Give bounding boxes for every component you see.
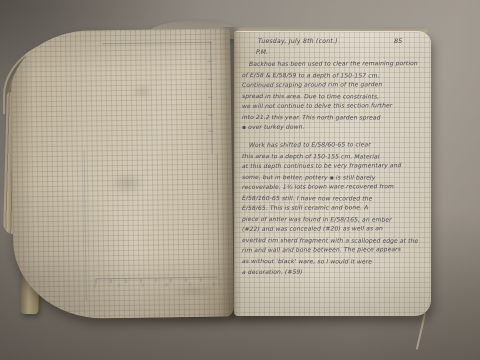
handwriting-line: (#22) and was concealed (#20) as well as… [242,225,426,236]
pencil-scale-line [95,277,217,280]
time-label: P.M. [256,49,268,56]
pencil-smudge [104,168,150,199]
pencil-drawing-top-line [102,42,212,45]
pencil-scale-tick [170,278,171,282]
spine-gutter-shadow [219,27,243,319]
pencil-scale-tick [155,279,156,283]
handwriting-line: Continued scraping around rim of the gar… [242,80,426,91]
handwriting-line: Work has shifted to E/58/60-65 to clear [242,140,426,151]
pencil-scale-tick [95,279,96,283]
left-page: 1 2 3 4 5 6 7 8 [10,28,234,319]
pencil-smudge [164,284,224,299]
right-page: Tuesday, July 8th (cont.) 85 P.M. Backho… [234,31,431,316]
handwritten-paragraph-1: Backhoe has been used to clear the remai… [242,60,426,134]
handwriting-line: rim and wall and bone between. The piece… [242,246,426,257]
pencil-tick [208,131,213,132]
pencil-scale-tick [110,279,111,283]
pencil-scale-tick [125,279,126,283]
handwriting-line: we will not continue to delve this secti… [242,101,426,112]
pencil-drawing-left-line [84,151,87,301]
handwriting-line: Backhoe has been used to clear the remai… [242,59,426,70]
pencil-tick [207,61,212,62]
handwriting-line: E/58/65. This is still ceramic and bone.… [242,204,426,215]
pencil-scale-tick [185,278,186,282]
pencil-scale-tick [200,278,201,282]
pencil-drawing-right-line [210,42,213,154]
handwriting-line: recoverable. 1½ lots brown ware recovere… [242,182,426,193]
pencil-smudge [129,82,157,102]
handwriting-line: a decoration. (#59) [242,267,426,278]
handwritten-paragraph-2: Work has shifted to E/58/60-65 to clear … [242,141,426,278]
handwriting-line: ▪ over turkey down. [242,123,426,134]
date-heading: Tuesday, July 8th (cont.) [258,38,338,45]
pencil-tick [208,115,213,116]
handwriting-line: at this depth continues to be very fragm… [242,161,426,172]
pencil-tick [208,97,213,98]
pencil-tick [208,79,213,80]
page-number: 85 [394,37,402,45]
pencil-scale-tick [140,279,141,283]
notebook-photo: { "scene": { "colors": { "table_light": … [0,0,480,360]
